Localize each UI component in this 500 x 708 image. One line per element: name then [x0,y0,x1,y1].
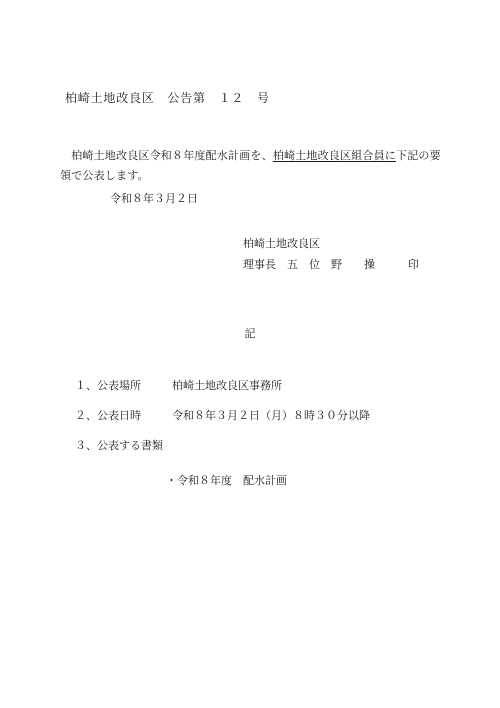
list-item: ３、公表する書類 [75,440,370,452]
list-item: １、公表場所 柏崎土地改良区事務所 [75,380,370,392]
paragraph-text-before: 柏崎土地改良区令和８年度配水計画を、 [60,150,273,162]
bullet-line: ・令和８年度 配水計画 [166,472,287,488]
underlined-text: 柏崎土地改良区組合員に [273,150,396,162]
item-label: ２、公表日時 [75,410,172,422]
item-value: 柏崎土地改良区事務所 [172,380,282,392]
document-title: 柏崎土地改良区 公告第 １２ 号 [65,89,270,106]
document-page: 柏崎土地改良区 公告第 １２ 号 柏崎土地改良区令和８年度配水計画を、柏崎土地改… [0,0,500,708]
item-label: １、公表場所 [75,380,172,392]
item-value: 令和８年３月２日（月）８時３０分以降 [172,410,370,422]
items-list: １、公表場所 柏崎土地改良区事務所 ２、公表日時 令和８年３月２日（月）８時３０… [75,380,370,470]
signature-name-line: 理事長 五 位 野 操 印 [243,255,419,276]
item-label: ３、公表する書類 [75,440,172,452]
body-paragraph: 柏崎土地改良区令和８年度配水計画を、柏崎土地改良区組合員に下記の要領で公表します… [60,146,446,186]
signature-block: 柏崎土地改良区 理事長 五 位 野 操 印 [243,234,419,276]
issue-date: 令和８年３月２日 [110,190,198,206]
list-item: ２、公表日時 令和８年３月２日（月）８時３０分以降 [75,410,370,422]
ki-heading: 記 [0,325,500,341]
signature-organization: 柏崎土地改良区 [243,234,419,255]
